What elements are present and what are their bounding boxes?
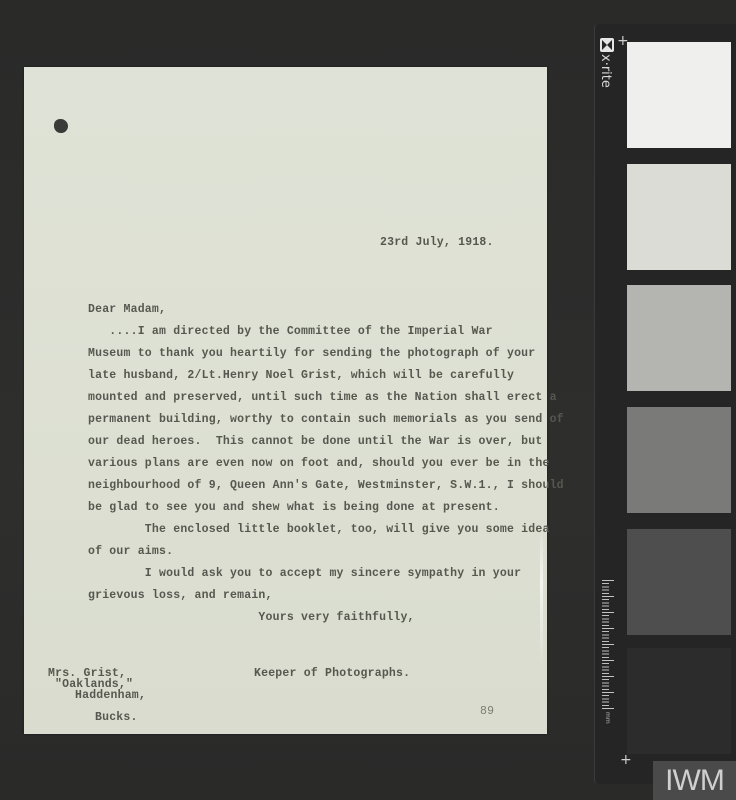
xrite-logo-icon — [600, 38, 614, 52]
gray-patch-6 — [627, 648, 731, 754]
page-number: 89 — [480, 705, 494, 718]
gray-patch-5 — [627, 529, 731, 635]
body-line: ....I am directed by the Committee of th… — [88, 325, 493, 338]
letter-date: 23rd July, 1918. — [380, 236, 494, 249]
body-line: Yours very faithfully, — [88, 611, 415, 624]
body-line: be glad to see you and shew what is bein… — [88, 501, 500, 514]
gray-patch-4 — [627, 407, 731, 513]
xrite-wordmark: x·rite — [598, 54, 613, 88]
xrite-brand: x·rite — [598, 38, 616, 98]
body-line: of our aims. — [88, 545, 173, 558]
body-line: Museum to thank you heartily for sending… — [88, 347, 535, 360]
body-line: I would ask you to accept my sincere sym… — [88, 567, 521, 580]
recipient-town: Haddenham, — [75, 689, 146, 702]
gray-patch-3 — [627, 285, 731, 391]
body-line: late husband, 2/Lt.Henry Noel Grist, whi… — [88, 369, 514, 382]
crosshair-icon: + — [620, 753, 632, 767]
iwm-watermark: IWM — [653, 761, 736, 800]
mm-ruler-major-ticks — [602, 580, 614, 710]
letter-salutation: Dear Madam, — [88, 303, 166, 316]
punch-hole — [54, 119, 68, 133]
body-line: our dead heroes. This cannot be done unt… — [88, 435, 542, 448]
body-line: permanent building, worthy to contain su… — [88, 413, 564, 426]
ruler-unit-label: mm — [604, 712, 611, 724]
body-line: various plans are even now on foot and, … — [88, 457, 550, 470]
gray-patch-2 — [627, 164, 731, 270]
recipient-county: Bucks. — [95, 711, 138, 724]
gray-patch-1 — [627, 42, 731, 148]
body-line: mounted and preserved, until such time a… — [88, 391, 557, 404]
body-line: grievous loss, and remain, — [88, 589, 273, 602]
paper-fold — [540, 527, 543, 667]
signatory-title: Keeper of Photographs. — [254, 667, 410, 680]
body-line: neighbourhood of 9, Queen Ann's Gate, We… — [88, 479, 564, 492]
body-line: The enclosed little booklet, too, will g… — [88, 523, 550, 536]
